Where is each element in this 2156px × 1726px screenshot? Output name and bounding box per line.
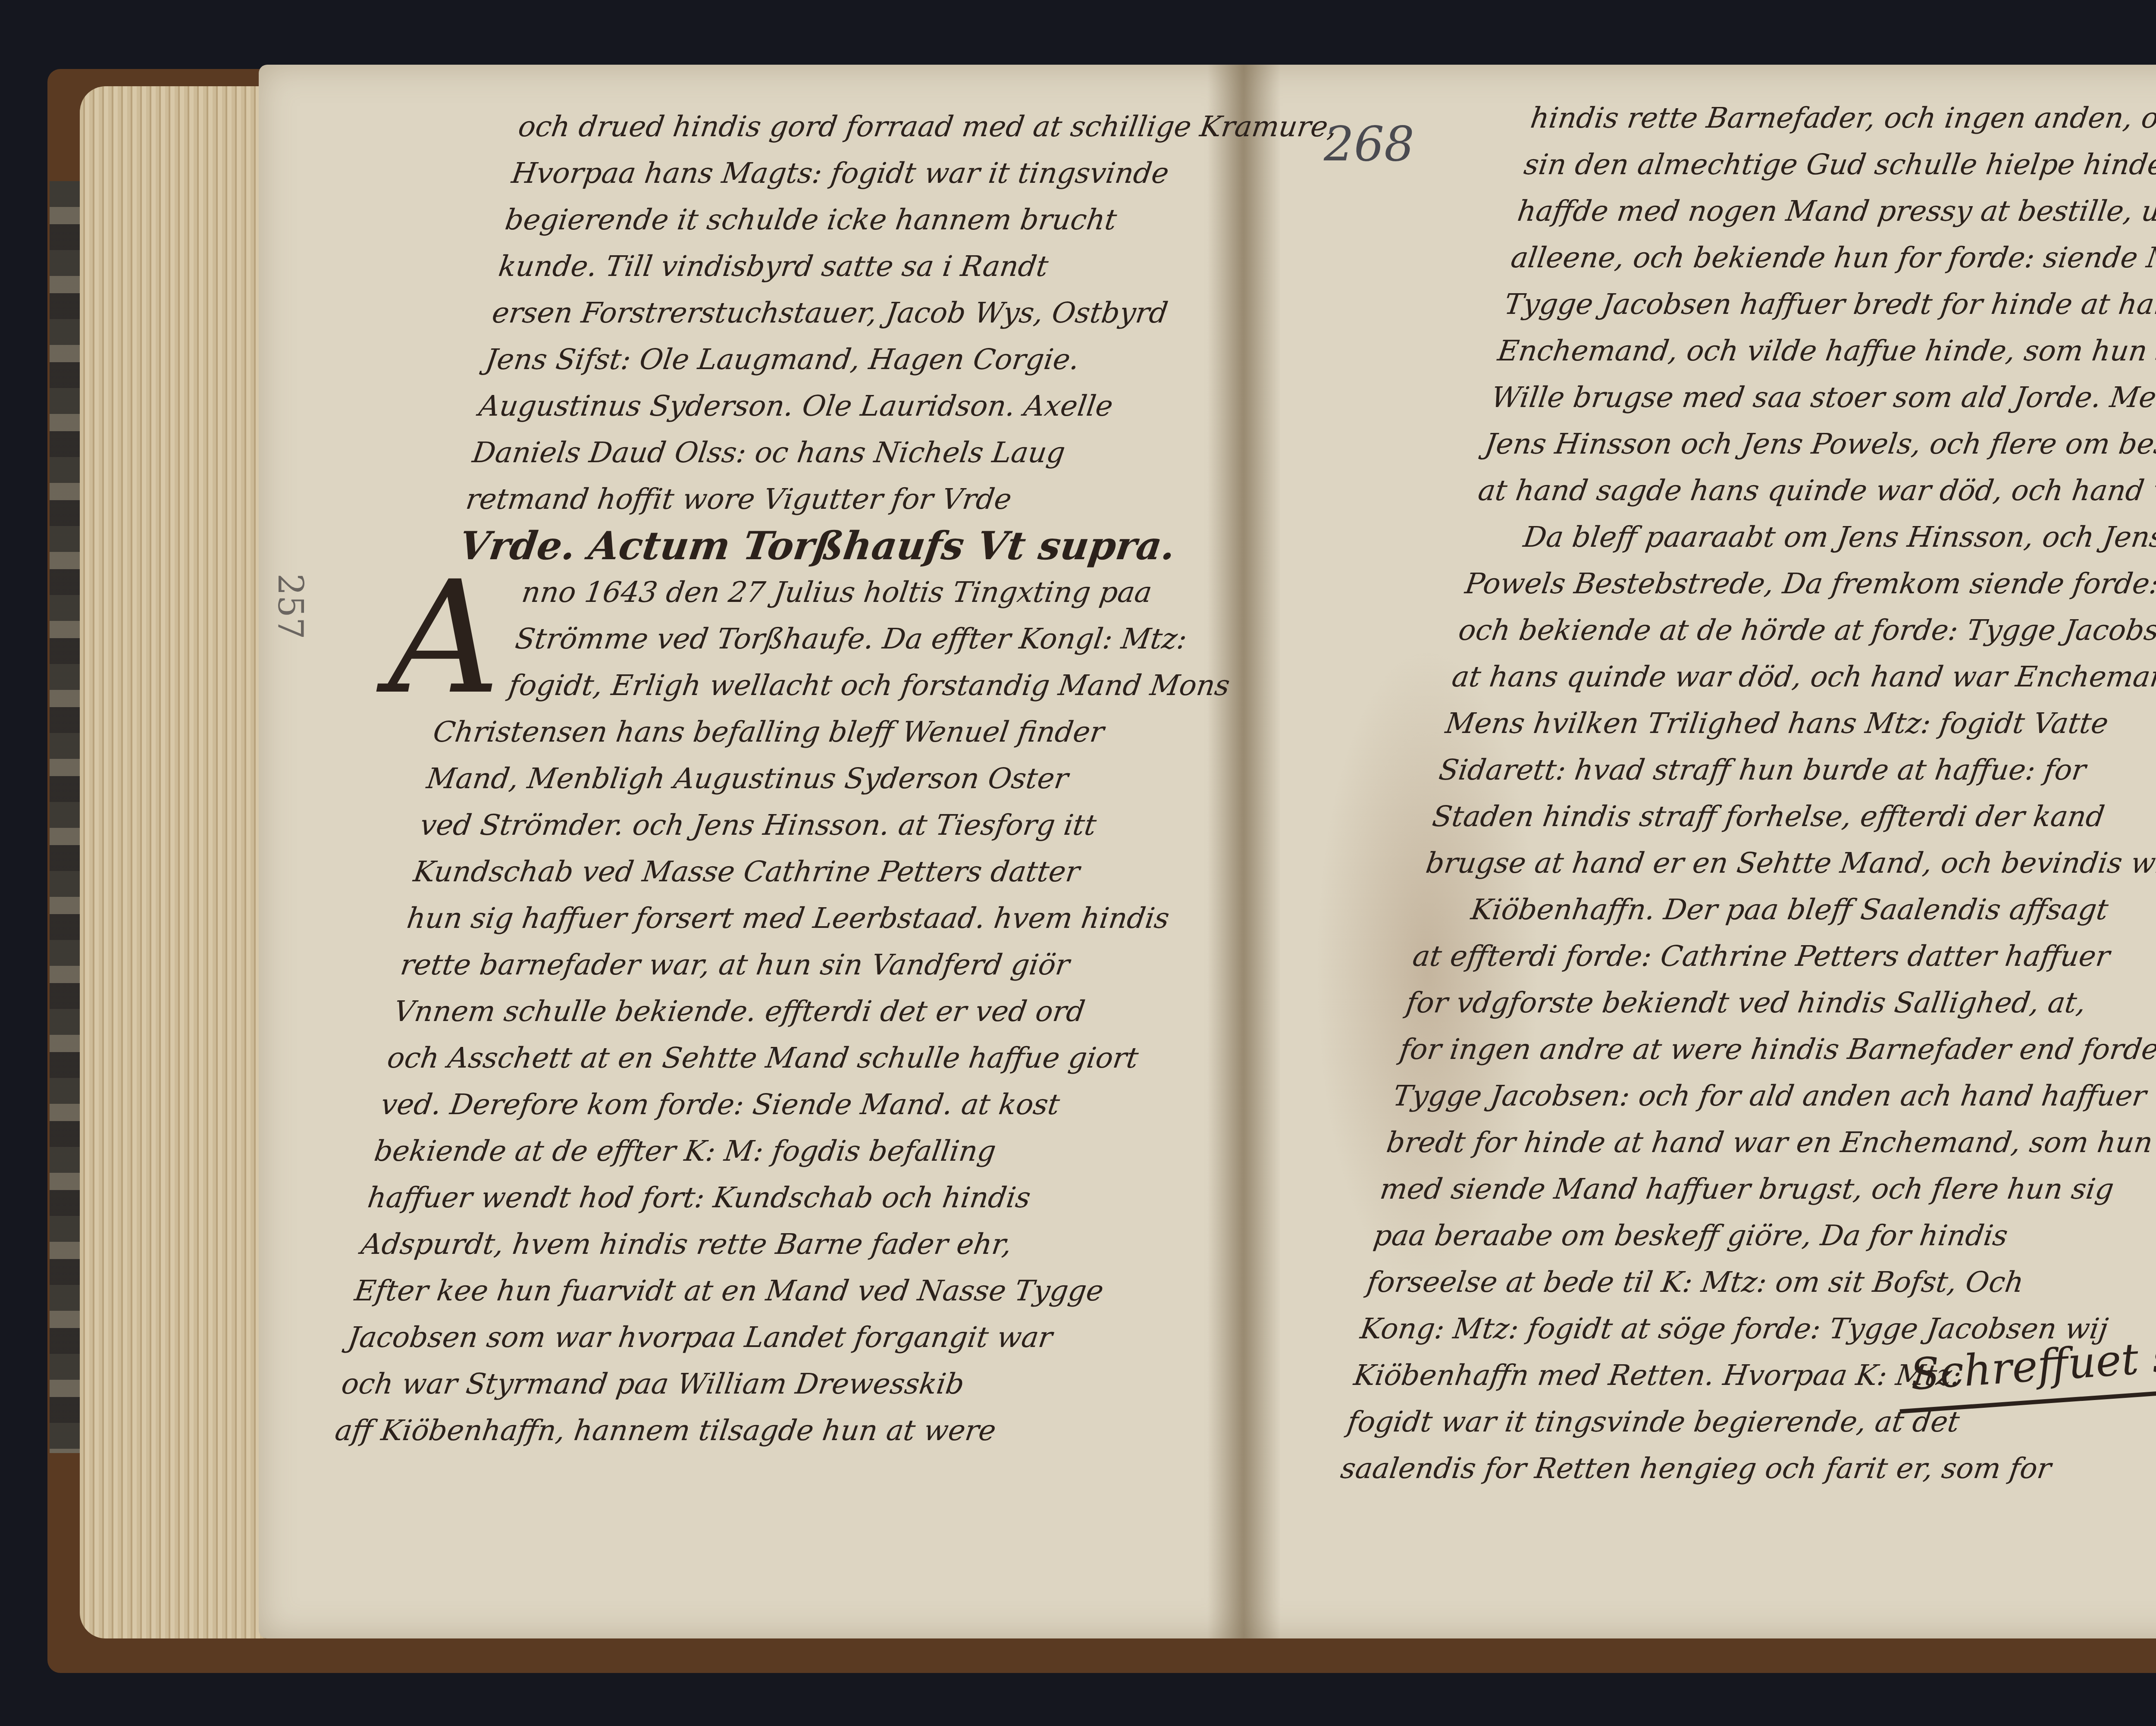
text-line: hun sig haffuer forsert med Leerbstaad. …: [404, 895, 1229, 942]
text-line: ved Strömder. och Jens Hinsson. at Tiesf…: [417, 802, 1242, 849]
text-line: rette barnefader war, at hun sin Vandfer…: [398, 942, 1222, 988]
text-line: Da bleff paaraabt om Jens Hinsson, och J…: [1469, 514, 2156, 561]
text-line: Daniels Daud Olss: oc hans Nichels Laug: [470, 429, 1294, 476]
text-line: Wille brugse med saa stoer som ald Jorde…: [1488, 374, 2156, 421]
text-line: retmand hoffit wore Vigutter for Vrde: [463, 476, 1288, 523]
text-line: at effterdi forde: Cathrine Petters datt…: [1410, 933, 2156, 980]
text-line: Hvorpaa hans Magts: fogidt war it tingsv…: [509, 150, 1334, 197]
text-line: Efter kee hun fuarvidt at en Mand ved Na…: [351, 1268, 1176, 1314]
text-line: Jens Sifst: Ole Laugmand, Hagen Corgie.: [483, 336, 1307, 383]
text-line: hindis rette Barnefader, och ingen anden…: [1527, 95, 2156, 141]
text-line: Sidarett: hvad straff hun burde at haffu…: [1436, 747, 2156, 793]
text-line: Jacobsen som war hvorpaa Landet forgangi…: [345, 1314, 1170, 1361]
text-line: Adspurdt, hvem hindis rette Barne fader …: [358, 1221, 1183, 1268]
text-line: ersen Forstrerstuchstauer, Jacob Wys, Os…: [489, 290, 1314, 336]
text-line: och bekiende at de hörde at forde: Tygge…: [1456, 607, 2156, 654]
text-line: Augustinus Syderson. Ole Lauridson. Axel…: [476, 383, 1301, 429]
folio-number: 268: [1324, 116, 1414, 172]
text-line: Christensen hans befalling bleff Wenuel …: [430, 709, 1255, 755]
marbled-cover-edge: [50, 181, 80, 1453]
text-line: Mand, Menbligh Augustinus Syderson Oster: [423, 755, 1248, 802]
text-line: for vdgforste bekiendt ved hindis Sallig…: [1403, 980, 2156, 1026]
section-heading: Vrde. Actum Torßhaufs Vt supra.: [456, 523, 1281, 569]
text-line: begierende it schulde icke hannem brucht: [502, 197, 1327, 243]
left-margin-folio-note: 257: [270, 573, 310, 639]
text-line: bekiende at de effter K: M: fogdis befal…: [371, 1128, 1196, 1175]
text-line: haffuer wendt hod fort: Kundschab och hi…: [365, 1175, 1190, 1221]
text-line: at hans quinde war död, och hand war Enc…: [1449, 654, 2156, 700]
text-line: Kundschab ved Masse Cathrine Petters dat…: [411, 849, 1235, 895]
text-line: Strömme ved Torßhaufe. Da effter Kongl: …: [443, 616, 1268, 662]
text-line: och war Styrmand paa William Drewesskib: [338, 1361, 1163, 1407]
text-line: Vnnem schulle bekiende. effterdi det er …: [391, 988, 1216, 1035]
text-line: fogidt, Erligh wellacht och forstandig M…: [437, 662, 1262, 709]
text-line: med siende Mand haffuer brugst, och fler…: [1377, 1166, 2156, 1212]
text-line: Staden hindis straff forhelse, effterdi …: [1429, 793, 2156, 840]
text-line: Powels Bestebstrede, Da fremkom siende f…: [1462, 561, 2156, 607]
text-line: alleene, och bekiende hun for forde: sie…: [1508, 235, 2156, 281]
text-line: Tygge Jacobsen: och for ald anden ach ha…: [1390, 1073, 2156, 1119]
text-line: Jens Hinsson och Jens Powels, och flere …: [1482, 421, 2156, 467]
text-line: nno 1643 den 27 Julius holtis Tingxting …: [450, 569, 1275, 616]
text-line: Enchemand, och vilde haffue hinde, som h…: [1495, 328, 2156, 374]
text-line: bredt for hinde at hand war en Enchemand…: [1384, 1119, 2156, 1166]
text-line: brugse at hand er en Sehtte Mand, och be…: [1423, 840, 2156, 886]
text-line: at hand sagde hans quinde war död, och h…: [1475, 467, 2156, 514]
text-line: forseelse at bede til K: Mtz: om sit Bof…: [1364, 1259, 2156, 1306]
text-line: och drued hindis gord forraad med at sch…: [515, 103, 1340, 150]
text-line: kunde. Till vindisbyrd satte sa i Randt: [495, 243, 1320, 290]
text-line: haffde med nogen Mand pressy at bestille…: [1514, 188, 2156, 235]
text-line: Tygge Jacobsen haffuer bredt for hinde a…: [1501, 281, 2156, 328]
text-line: Kiöbenhaffn. Der paa bleff Saalendis aff…: [1416, 886, 2156, 933]
left-leaf-stack: [80, 86, 265, 1638]
text-line: ved. Derefore kom forde: Siende Mand. at…: [378, 1081, 1203, 1128]
text-line: sin den almechtige Gud schulle hielpe hi…: [1521, 141, 2156, 188]
text-line: fogidt war it tingsvinde begierende, at …: [1344, 1399, 2156, 1445]
text-line: for ingen andre at were hindis Barnefade…: [1397, 1026, 2156, 1073]
text-line: och Asschett at en Sehtte Mand schulle h…: [384, 1035, 1209, 1081]
drop-cap-initial: A: [388, 548, 500, 728]
text-line: aff Kiöbenhaffn, hannem tilsagde hun at …: [332, 1407, 1157, 1454]
text-line: Mens hvilken Trilighed hans Mtz: fogidt …: [1442, 700, 2156, 747]
text-line: paa beraabe om beskeff giöre, Da for hin…: [1370, 1212, 2156, 1259]
text-line: saalendis for Retten hengieg och farit e…: [1338, 1445, 2156, 1492]
